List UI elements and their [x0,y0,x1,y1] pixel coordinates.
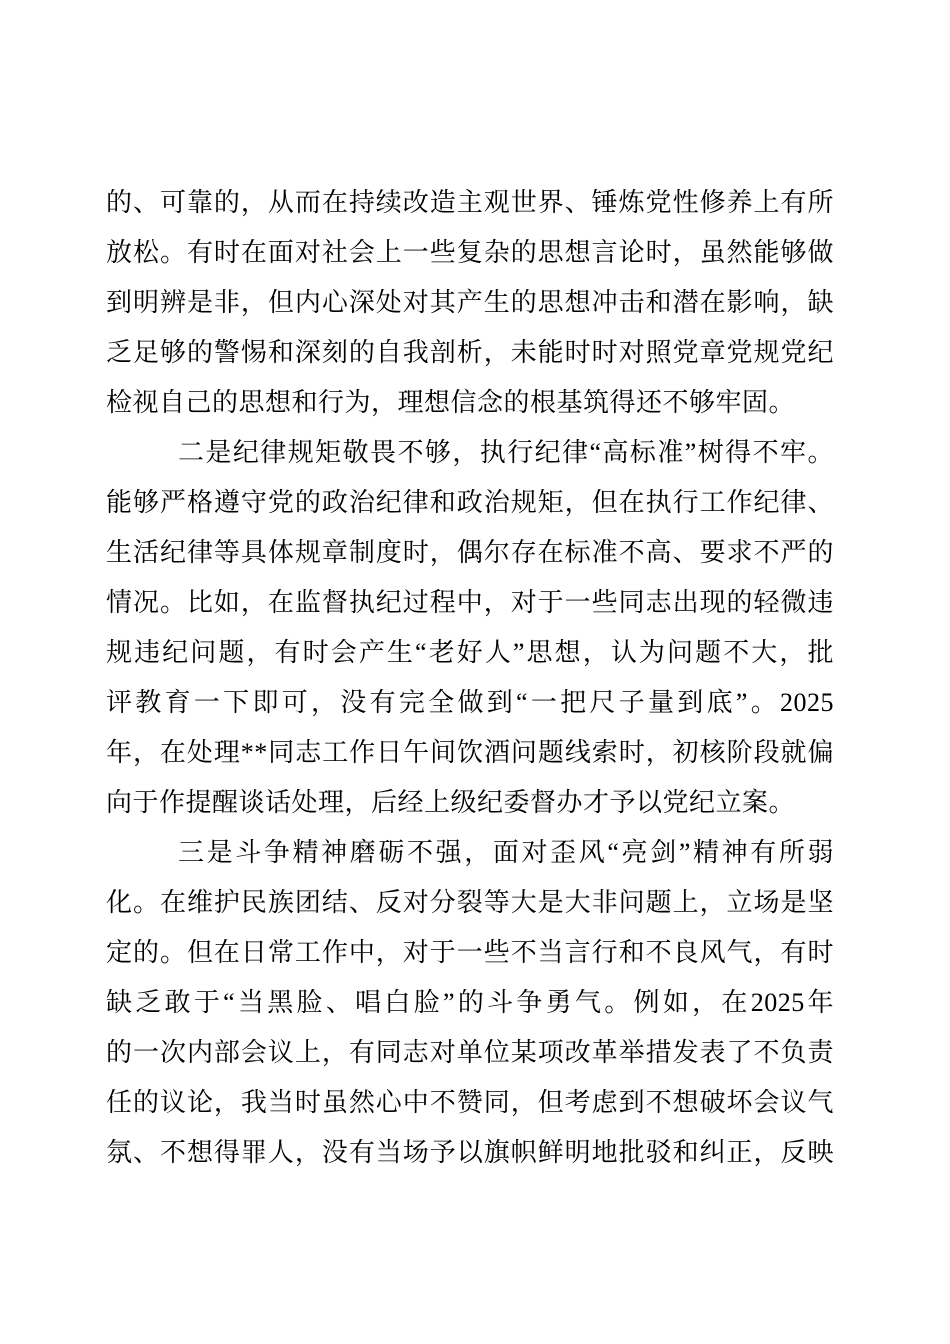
text-line: 到明辨是非，但内心深处对其产生的思想冲击和潜在影响，缺 [106,278,834,328]
text-line: 规违纪问题，有时会产生“老好人”思想，认为问题不大，批 [106,628,834,678]
text-line: 的一次内部会议上，有同志对单位某项改革举措发表了不负责 [106,1028,834,1078]
text-line: 氛、不想得罪人，没有当场予以旗帜鲜明地批驳和纠正，反映 [106,1128,834,1178]
text-line: 情况。比如，在监督执纪过程中，对于一些同志出现的轻微违 [106,578,834,628]
text-line: 能够严格遵守党的政治纪律和政治规矩，但在执行工作纪律、 [106,478,834,528]
text-line: 乏足够的警惕和深刻的自我剖析，未能时时对照党章党规党纪 [106,328,834,378]
text-line: 放松。有时在面对社会上一些复杂的思想言论时，虽然能够做 [106,228,834,278]
paragraph-3: 三是斗争精神磨砺不强，面对歪风“亮剑”精神有所弱 化。在维护民族团结、反对分裂等… [106,828,834,1178]
paragraph-2: 二是纪律规矩敬畏不够，执行纪律“高标准”树得不牢。 能够严格遵守党的政治纪律和政… [106,428,834,828]
text-line: 缺乏敢于“当黑脸、唱白脸”的斗争勇气。例如，在2025年 [106,978,834,1028]
text-line: 化。在维护民族团结、反对分裂等大是大非问题上，立场是坚 [106,878,834,928]
text-line: 年，在处理**同志工作日午间饮酒问题线索时，初核阶段就偏 [106,728,834,778]
text-line: 生活纪律等具体规章制度时，偶尔存在标准不高、要求不严的 [106,528,834,578]
document-page: 的、可靠的，从而在持续改造主观世界、锤炼党性修养上有所 放松。有时在面对社会上一… [0,0,950,1344]
document-body: 的、可靠的，从而在持续改造主观世界、锤炼党性修养上有所 放松。有时在面对社会上一… [106,178,834,1178]
paragraph-1: 的、可靠的，从而在持续改造主观世界、锤炼党性修养上有所 放松。有时在面对社会上一… [106,178,834,428]
text-line: 三是斗争精神磨砺不强，面对歪风“亮剑”精神有所弱 [106,828,834,878]
text-line: 定的。但在日常工作中，对于一些不当言行和不良风气，有时 [106,928,834,978]
text-line: 检视自己的思想和行为，理想信念的根基筑得还不够牢固。 [106,378,834,428]
text-line: 向于作提醒谈话处理，后经上级纪委督办才予以党纪立案。 [106,778,834,828]
text-line: 二是纪律规矩敬畏不够，执行纪律“高标准”树得不牢。 [106,428,834,478]
text-line: 的、可靠的，从而在持续改造主观世界、锤炼党性修养上有所 [106,178,834,228]
text-line: 评教育一下即可，没有完全做到“一把尺子量到底”。2025 [106,678,834,728]
text-line: 任的议论，我当时虽然心中不赞同，但考虑到不想破坏会议气 [106,1078,834,1128]
